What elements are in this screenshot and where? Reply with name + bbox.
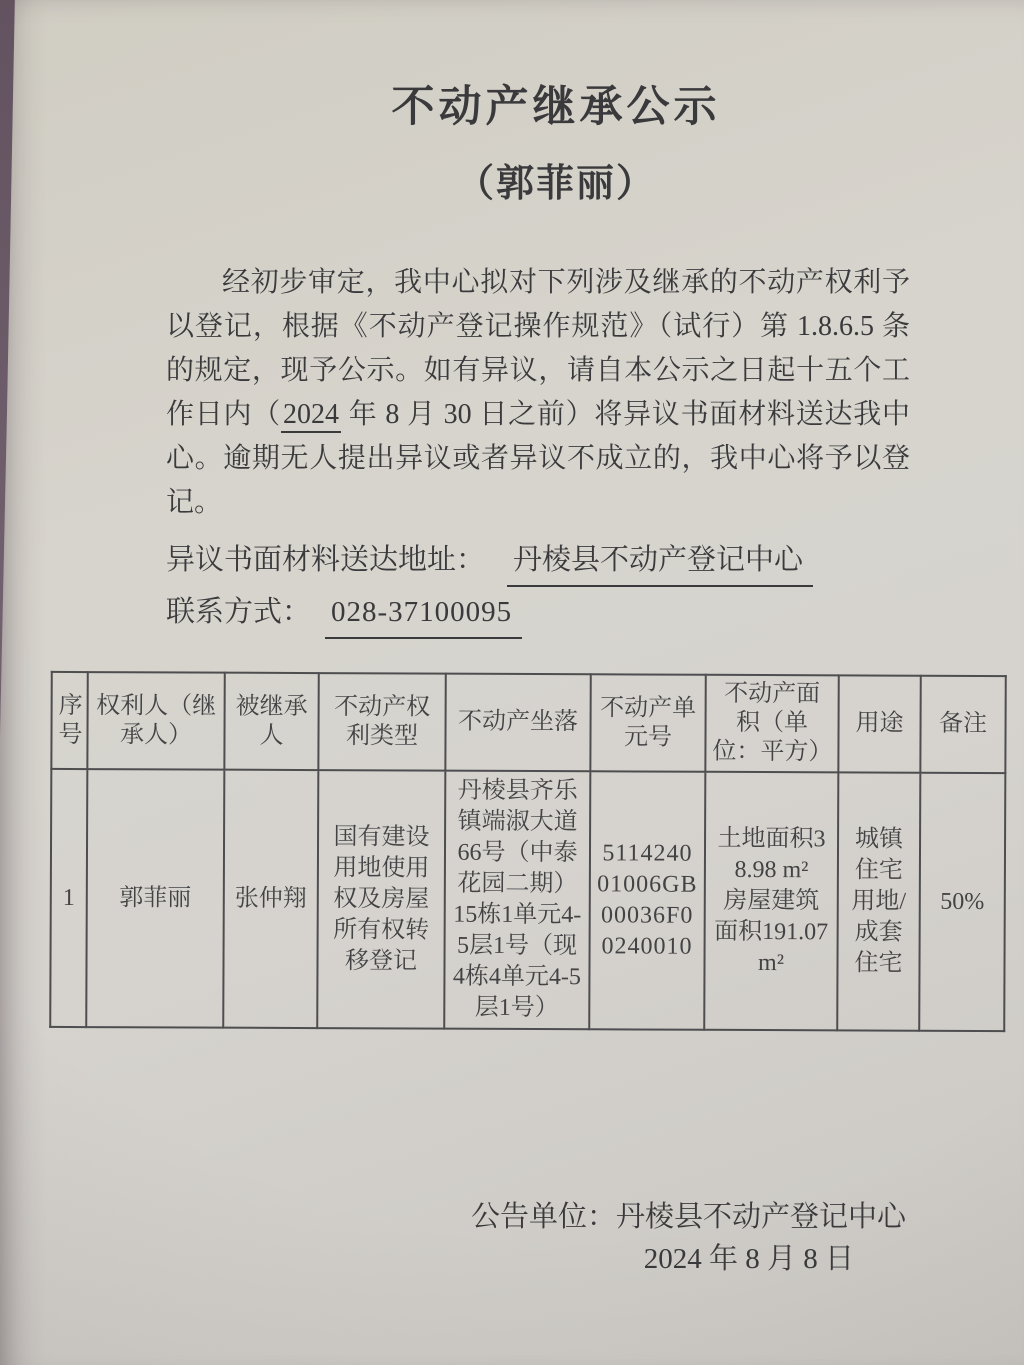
table-header-row: 序号 权利人（继承人） 被继承人 不动产权利类型 不动产坐落 不动产单元号 不动… [51, 672, 1005, 773]
col-header-unit-no: 不动产单元号 [590, 674, 705, 772]
doc-footer: 公告单位：丹棱县不动产登记中心 2024 年 8 月 8 日 [0, 1196, 1024, 1280]
col-header-decedent: 被继承人 [224, 673, 318, 770]
doc-subtitle: （郭菲丽） [0, 165, 1024, 203]
contact-line: 联系方式：028-37100095 [166, 589, 1024, 639]
cell-right-type: 国有建设用地使用权及房屋所有权转移登记 [317, 770, 445, 1029]
building-area: 房屋建筑面积191.07 m² [711, 885, 830, 979]
table-row: 1 郭菲丽 张仲翔 国有建设用地使用权及房屋所有权转移登记 丹棱县齐乐镇端淑大道… [50, 769, 1005, 1031]
col-header-right-type: 不动产权利类型 [318, 673, 445, 771]
paper-document: 不动产继承公示 （郭菲丽） 经初步审定，我中心拟对下列涉及继承的不动产权利予以登… [0, 0, 1024, 1365]
col-header-location: 不动产坐落 [445, 674, 590, 772]
contact-label: 联系方式： [166, 596, 311, 628]
photo-backdrop: 不动产继承公示 （郭菲丽） 经初步审定，我中心拟对下列涉及继承的不动产权利予以登… [0, 0, 1024, 1365]
properties-table: 序号 权利人（继承人） 被继承人 不动产权利类型 不动产坐落 不动产单元号 不动… [49, 671, 1007, 1032]
cell-unit-no: 511424001006GB00036F00240010 [589, 771, 705, 1029]
address-value: 丹棱县不动产登记中心 [507, 537, 813, 587]
cell-seq: 1 [50, 769, 87, 1027]
notice-paragraph: 经初步审定，我中心拟对下列涉及继承的不动产权利予以登记，根据《不动产登记操作规范… [166, 261, 910, 525]
footer-org-line: 公告单位：丹棱县不动产登记中心 [0, 1196, 906, 1238]
footer-org-label: 公告单位： [471, 1201, 616, 1233]
cell-area: 土地面积38.98 m² 房屋建筑面积191.07 m² [704, 772, 838, 1031]
deadline-year-underlined: 2024 [281, 399, 341, 433]
land-area: 土地面积38.98 m² [712, 823, 831, 886]
footer-date-line: 2024 年 8 月 8 日 [0, 1238, 854, 1280]
cell-remark: 50% [919, 773, 1005, 1031]
footer-org-value: 丹棱县不动产登记中心 [616, 1201, 906, 1233]
cell-location: 丹棱县齐乐镇端淑大道66号（中泰花园二期）15栋1单元4-5层1号（现4栋4单元… [444, 771, 590, 1030]
cell-decedent: 张仲翔 [223, 770, 318, 1028]
cell-usage: 城镇住宅用地/成套住宅 [837, 772, 920, 1030]
address-label: 异议书面材料送达地址： [166, 544, 485, 576]
col-header-heir: 权利人（继承人） [87, 672, 224, 770]
contact-value: 028-37100095 [325, 589, 522, 639]
col-header-area: 不动产面积（单位：平方） [705, 675, 838, 773]
address-line: 异议书面材料送达地址：丹棱县不动产登记中心 [166, 537, 1024, 587]
col-header-remark: 备注 [920, 676, 1005, 773]
col-header-seq: 序号 [51, 672, 87, 769]
cell-heir: 郭菲丽 [86, 769, 224, 1028]
notice-document: 不动产继承公示 （郭菲丽） 经初步审定，我中心拟对下列涉及继承的不动产权利予以登… [0, 0, 1024, 1365]
doc-title: 不动产继承公示 [0, 86, 1024, 129]
col-header-usage: 用途 [838, 675, 920, 772]
